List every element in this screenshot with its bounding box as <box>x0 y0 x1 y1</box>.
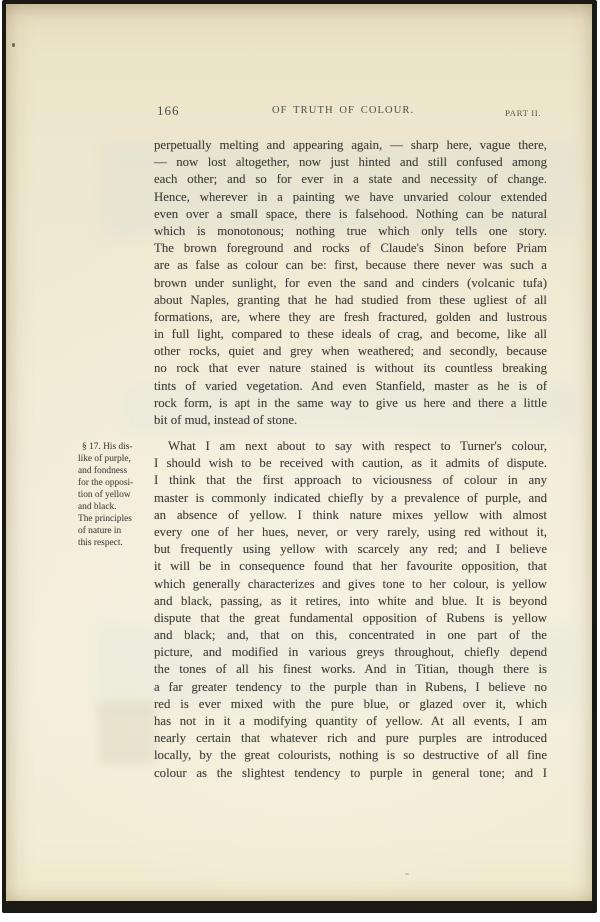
text-line: Hence, wherever in a painting we have un… <box>154 189 547 206</box>
text-line: in full light, compared to these ideals … <box>154 326 547 343</box>
text-line: I think that the first approach to vicio… <box>154 472 547 489</box>
text-line: dispute that the great fundamental oppos… <box>154 610 547 627</box>
text-line: master is commonly indicated chiefly by … <box>154 490 547 507</box>
text-line: each other; and so for ever in a state a… <box>154 171 547 188</box>
text-line: colour as the slightest tendency to purp… <box>154 765 547 782</box>
text-line: but frequently using yellow with scarcel… <box>154 541 547 558</box>
text-line: a far greater tendency to the purple tha… <box>154 679 547 696</box>
text-line: The brown foreground and rocks of Claude… <box>154 240 547 257</box>
page-content: 166 OF TRUTH OF COLOUR. PART II. § 17. H… <box>6 4 592 901</box>
text-line: which generally characterizes and gives … <box>154 576 547 593</box>
text-line: which is monotonous; nothing true which … <box>154 223 547 240</box>
book-page: 166 OF TRUTH OF COLOUR. PART II. § 17. H… <box>6 4 592 901</box>
text-line: the tones of all his finest works. And i… <box>154 661 547 678</box>
text-line: I should wish to be received with cautio… <box>154 455 547 472</box>
text-line: about Naples, granting that he had studi… <box>154 292 547 309</box>
text-line: bit of mud, instead of stone. <box>154 412 547 429</box>
text-line: of nature in <box>78 525 154 537</box>
text-line: it will be in consequence found that her… <box>154 558 547 575</box>
text-line: for the opposi- <box>78 477 154 489</box>
text-line: What I am next about to say with respect… <box>154 438 547 455</box>
text-line: an absence of yellow. I think nature mix… <box>154 507 547 524</box>
text-line: this respect. <box>78 537 154 549</box>
part-label: PART II. <box>505 108 541 118</box>
text-line: picture, and modified in various greys t… <box>154 644 547 661</box>
text-line: brown under sunlight, for even the sand … <box>154 275 547 292</box>
text-line: rock form, is apt in the same way to giv… <box>154 395 547 412</box>
body-paragraph-1: perpetually melting and appearing again,… <box>154 137 547 429</box>
text-line: every one of her hues, never, or very ra… <box>154 524 547 541</box>
text-line: The principles <box>78 513 154 525</box>
text-line: are as false as colour can be: first, be… <box>154 257 547 274</box>
text-line: perpetually melting and appearing again,… <box>154 137 547 154</box>
text-line: § 17. His dis- <box>78 441 154 453</box>
text-line: red is ever mixed with the pure blue, or… <box>154 696 547 713</box>
screenshot-root: { "header": { "folio": "166", "running_t… <box>0 0 600 922</box>
page-number: 166 <box>157 103 180 119</box>
section-margin-note: § 17. His dis-like of purple,and fondnes… <box>78 441 154 549</box>
text-line: formations, are, where they are fresh fr… <box>154 309 547 326</box>
text-line: tion of yellow <box>78 489 154 501</box>
running-header-title: OF TRUTH OF COLOUR. <box>272 105 414 116</box>
text-line: has not in it a modifying quantity of ye… <box>154 713 547 730</box>
text-line: and fondness <box>78 465 154 477</box>
text-line: even over a small space, there is falseh… <box>154 206 547 223</box>
text-line: locally, by the great colourists, nothin… <box>154 747 547 764</box>
text-line: and black. <box>78 501 154 513</box>
text-line: and black; and, that on this, concentrat… <box>154 627 547 644</box>
text-line: and black, passing, as it retires, into … <box>154 593 547 610</box>
text-line: tints of varied vegetation. And even Sta… <box>154 378 547 395</box>
text-line: like of purple, <box>78 453 154 465</box>
text-line: no rock that ever nature stained is with… <box>154 360 547 377</box>
body-paragraph-2: What I am next about to say with respect… <box>154 438 547 782</box>
text-line: — now lost altogether, now just hinted a… <box>154 154 547 171</box>
text-line: other rocks, quiet and grey when weather… <box>154 343 547 360</box>
text-line: nearly certain that whatever rich and pu… <box>154 730 547 747</box>
